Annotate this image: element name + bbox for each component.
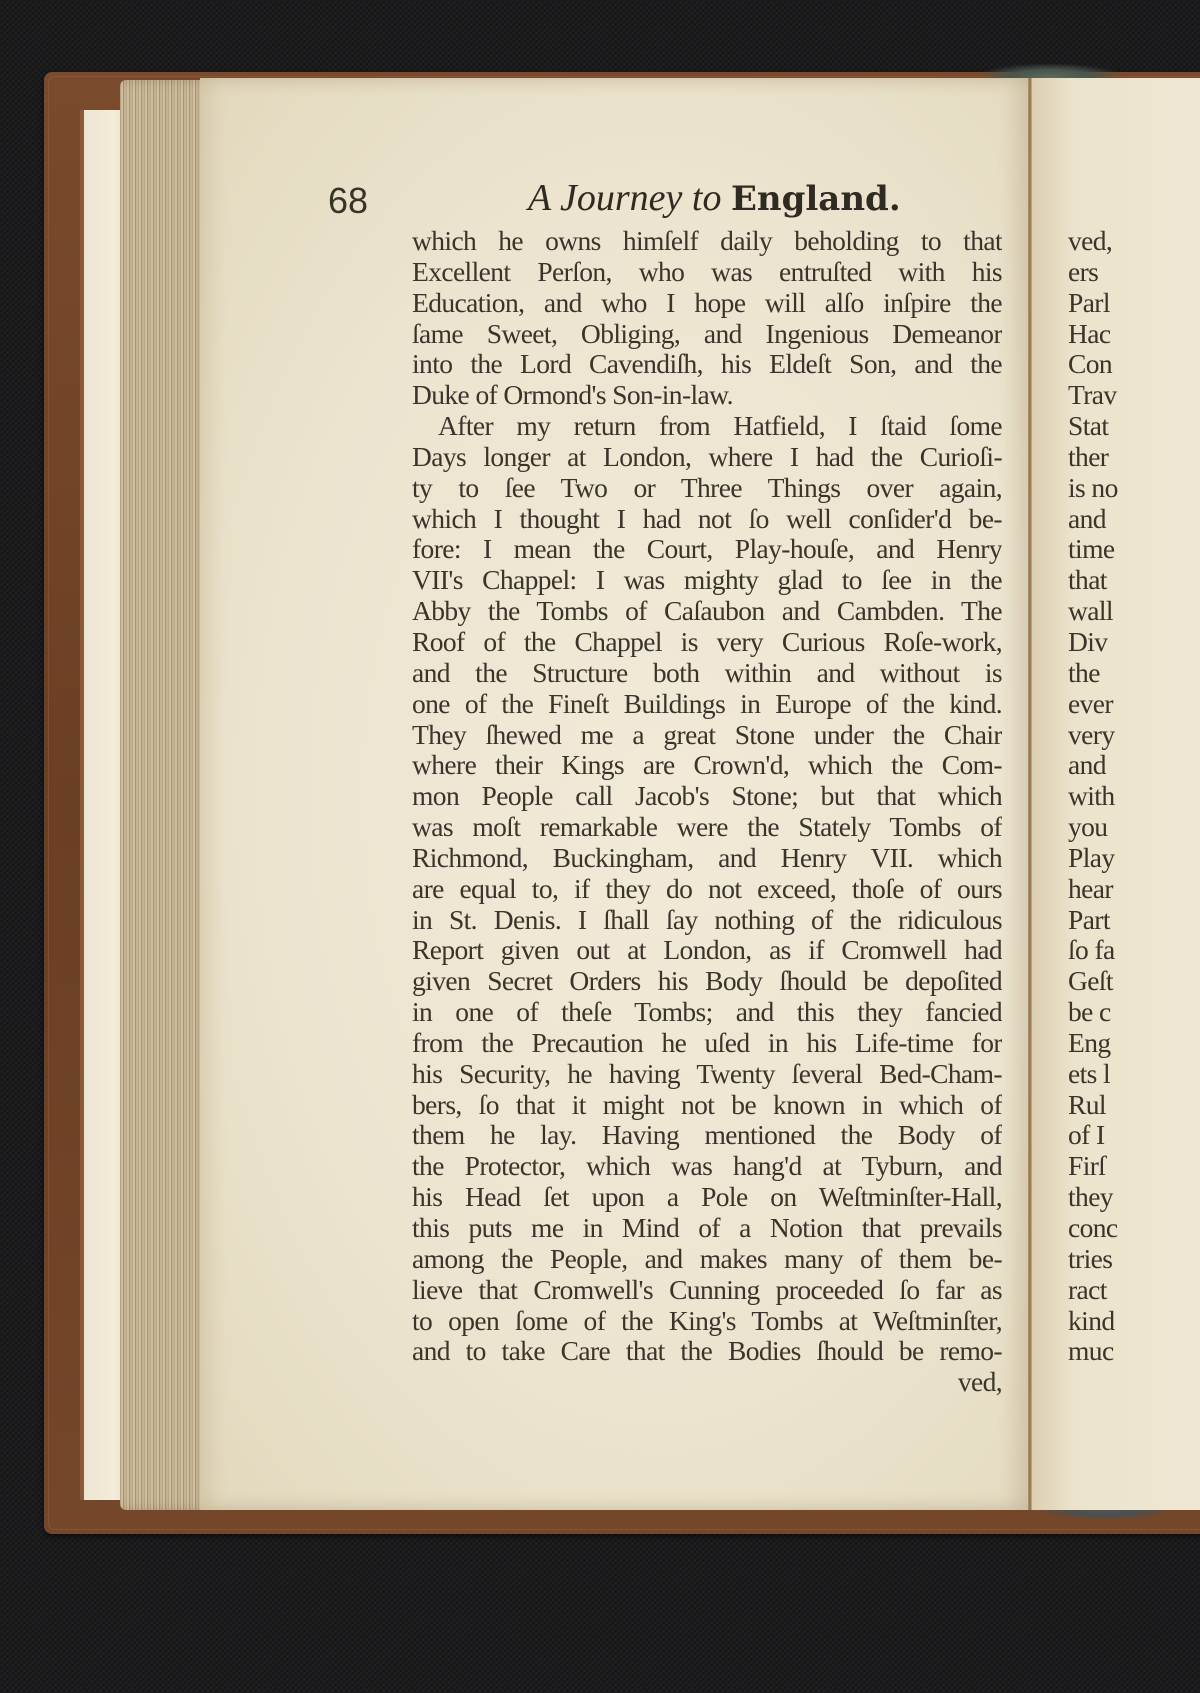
right-text-fragment: Hac <box>1068 319 1118 350</box>
text-line: Roof of the Chappel is very Curious Roſe… <box>412 627 1002 658</box>
right-text-fragment: Stat <box>1068 411 1118 442</box>
right-text-fragment: Trav <box>1068 380 1118 411</box>
catchword: ved, <box>412 1367 1002 1398</box>
text-line: Abby the Tombs of Caſaubon and Cambden. … <box>412 596 1002 627</box>
text-line: bers, ſo that it might not be known in w… <box>412 1090 1002 1121</box>
right-text-fragment: ers <box>1068 257 1118 288</box>
right-text-fragment: be c <box>1068 997 1118 1028</box>
right-text-fragment: ſo fa <box>1068 935 1118 966</box>
right-text-fragment: you <box>1068 812 1118 843</box>
running-head-italic: A Journey to <box>528 177 721 219</box>
right-text-fragment: with <box>1068 781 1118 812</box>
right-text-fragment: they <box>1068 1182 1118 1213</box>
text-line: where their Kings are Crown'd, which the… <box>412 750 1002 781</box>
text-line: Report given out at London, as if Cromwe… <box>412 935 1002 966</box>
text-line: VII's Chappel: I was mighty glad to ſee … <box>412 565 1002 596</box>
text-line: his Security, he having Twenty ſeveral B… <box>412 1059 1002 1090</box>
text-line: Duke of Ormond's Son-in-law. <box>412 380 1002 411</box>
page-edges <box>120 80 212 1510</box>
right-text-fragment: the <box>1068 658 1118 689</box>
right-text-fragment: ther <box>1068 442 1118 473</box>
right-text-fragment: muc <box>1068 1336 1118 1367</box>
text-line: his Head ſet upon a Pole on Weſtminſter-… <box>412 1182 1002 1213</box>
text-line: Excellent Perſon, who was entruſted with… <box>412 257 1002 288</box>
right-text-fragment: ract <box>1068 1275 1118 1306</box>
right-text-fragment: is no <box>1068 473 1118 504</box>
text-line: Education, and who I hope will alſo inſp… <box>412 288 1002 319</box>
text-line: this puts me in Mind of a Notion that pr… <box>412 1213 1002 1244</box>
text-line: mon People call Jacob's Stone; but that … <box>412 781 1002 812</box>
right-text-fragment: Firſ <box>1068 1151 1118 1182</box>
right-text-fragment: of I <box>1068 1120 1118 1151</box>
right-text-fragment: time <box>1068 534 1118 565</box>
right-text-fragment: Geſt <box>1068 966 1118 997</box>
text-line: ty to ſee Two or Three Things over again… <box>412 473 1002 504</box>
running-head-roman: England. <box>731 179 901 219</box>
paragraph-start-line: After my return from Hatfield, I ſtaid ſ… <box>412 411 1002 442</box>
right-text-fragment: kind <box>1068 1306 1118 1337</box>
right-text-fragment: that <box>1068 565 1118 596</box>
text-line: Richmond, Buckingham, and Henry VII. whi… <box>412 843 1002 874</box>
right-text-fragment: tries <box>1068 1244 1118 1275</box>
right-text-fragment: ved, <box>1068 226 1118 257</box>
text-line: among the People, and makes many of them… <box>412 1244 1002 1275</box>
text-line: the Protector, which was hang'd at Tybur… <box>412 1151 1002 1182</box>
right-text-fragment: conc <box>1068 1213 1118 1244</box>
right-text-fragment: Eng <box>1068 1028 1118 1059</box>
text-line: Days longer at London, where I had the C… <box>412 442 1002 473</box>
right-text-fragment: and <box>1068 504 1118 535</box>
right-text-fragment: Div <box>1068 627 1118 658</box>
right-text-fragment: wall <box>1068 596 1118 627</box>
text-line: ſame Sweet, Obliging, and Ingenious Deme… <box>412 319 1002 350</box>
text-line: was moſt remarkable were the Stately Tom… <box>412 812 1002 843</box>
right-text-fragment: hear <box>1068 874 1118 905</box>
text-line: in St. Denis. I ſhall ſay nothing of the… <box>412 905 1002 936</box>
text-line: They ſhewed me a great Stone under the C… <box>412 720 1002 751</box>
text-line: which he owns himſelf daily beholding to… <box>412 226 1002 257</box>
text-line: and the Structure both within and withou… <box>412 658 1002 689</box>
right-text-fragment: and <box>1068 750 1118 781</box>
right-text-fragment: Play <box>1068 843 1118 874</box>
right-text-fragment: very <box>1068 720 1118 751</box>
text-line: from the Precaution he uſed in his Life-… <box>412 1028 1002 1059</box>
text-line: are equal to, if they do not exceed, tho… <box>412 874 1002 905</box>
right-text-fragment: Parl <box>1068 288 1118 319</box>
right-page-text: ved,ersParlHacConTravStattheris noandtim… <box>1068 226 1118 1367</box>
right-page: ved,ersParlHacConTravStattheris noandtim… <box>1032 78 1200 1510</box>
text-line: one of the Fineſt Buildings in Europe of… <box>412 689 1002 720</box>
text-line: to open ſome of the King's Tombs at Weſt… <box>412 1306 1002 1337</box>
text-line: them he lay. Having mentioned the Body o… <box>412 1120 1002 1151</box>
text-line: into the Lord Cavendiſh, his Eldeſt Son,… <box>412 349 1002 380</box>
page-number: 68 <box>328 180 368 222</box>
right-text-fragment: Part <box>1068 905 1118 936</box>
body-text: which he owns himſelf daily beholding to… <box>412 226 1002 1398</box>
right-text-fragment: Con <box>1068 349 1118 380</box>
text-line: and to take Care that the Bodies ſhould … <box>412 1336 1002 1367</box>
text-line: fore: I mean the Court, Play-houſe, and … <box>412 534 1002 565</box>
text-line: lieve that Cromwell's Cunning proceeded … <box>412 1275 1002 1306</box>
text-line: given Secret Orders his Body ſhould be d… <box>412 966 1002 997</box>
text-line: which I thought I had not ſo well conſid… <box>412 504 1002 535</box>
right-text-fragment: ets l <box>1068 1059 1118 1090</box>
right-text-fragment: ever <box>1068 689 1118 720</box>
right-text-fragment: Rul <box>1068 1090 1118 1121</box>
text-line: in one of theſe Tombs; and this they fan… <box>412 997 1002 1028</box>
running-head: A Journey to England. <box>528 176 901 220</box>
